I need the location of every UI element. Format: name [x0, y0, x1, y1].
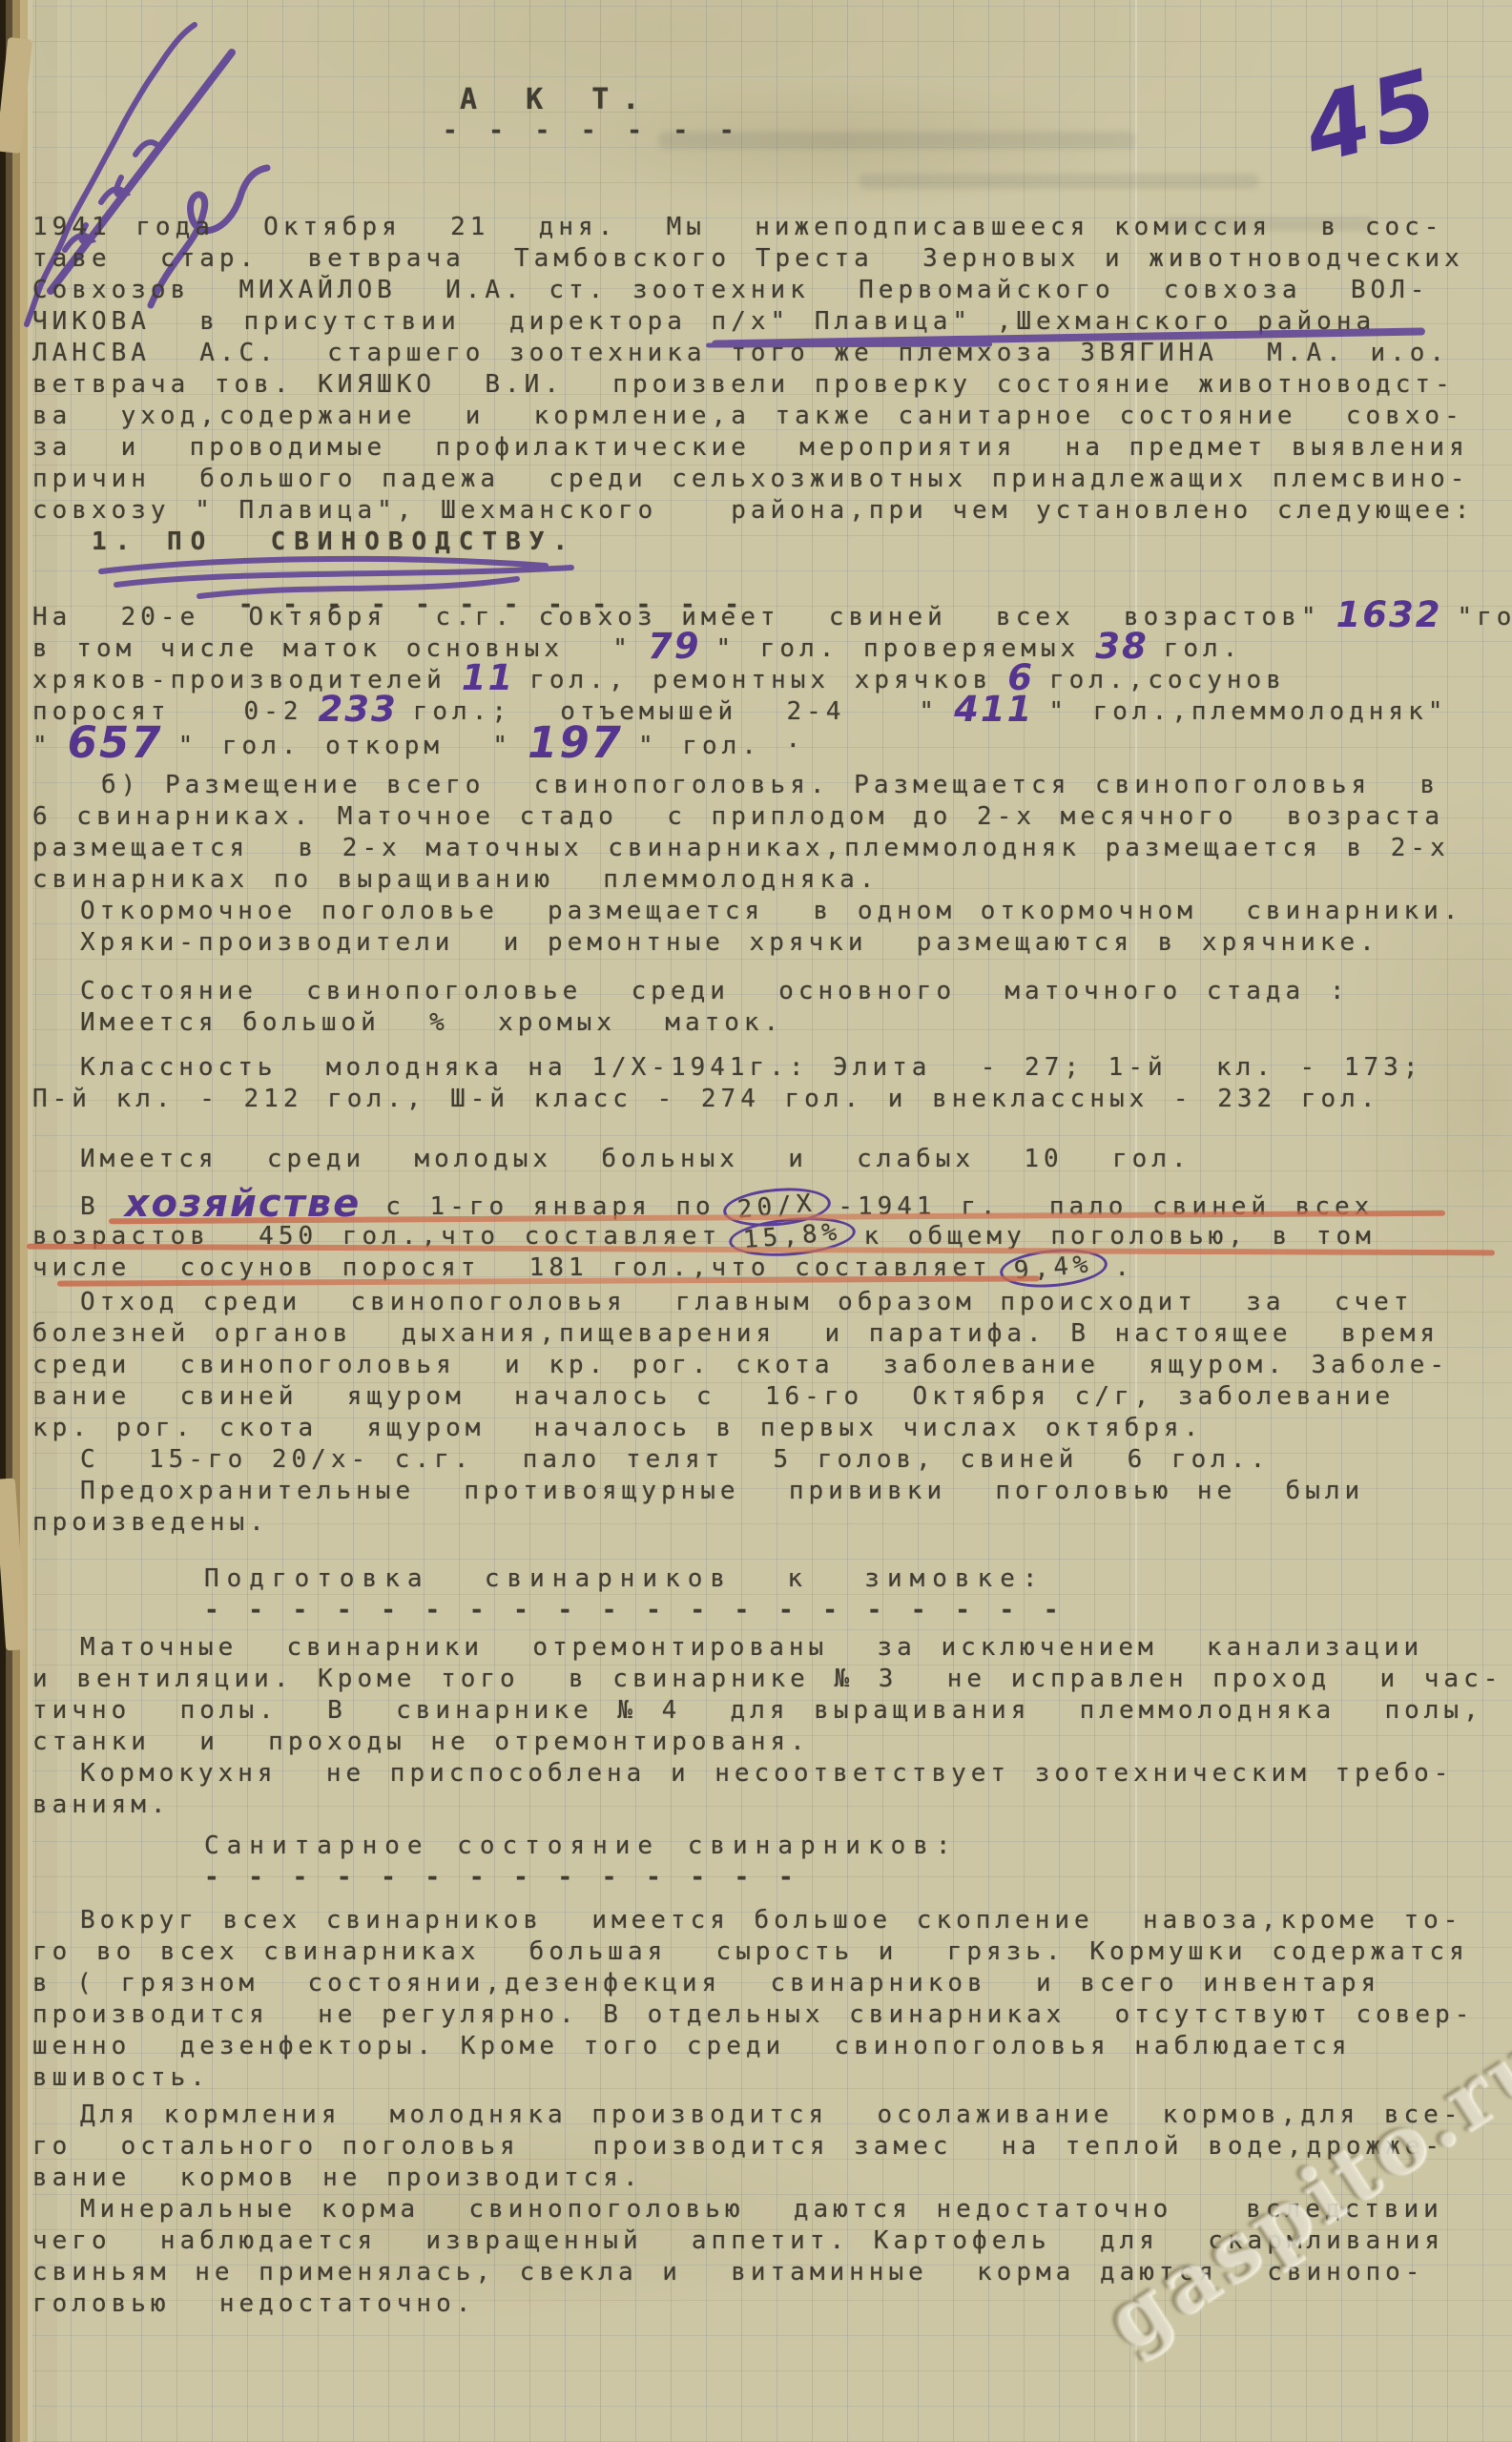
text-line: На 20-е Октября с.г. совхоз имеет свиней… [32, 597, 1512, 629]
typed-text: . [1114, 1253, 1134, 1282]
handwritten-number: 233 [319, 689, 398, 730]
text-line: С 15-го 20/х- с.г. пало телят 5 голов, с… [32, 1444, 1512, 1476]
text-line: Предохранительные противоящурные прививк… [32, 1476, 1512, 1507]
handwritten-number: 11 [462, 657, 515, 698]
typed-text: " гол.,племмолодняк" [1048, 697, 1447, 726]
handwritten-number: 38 [1095, 626, 1149, 667]
text-line: Имеется среди молодых больных и слабых 1… [32, 1144, 1512, 1175]
section-underline: - - - - - - - - - - - - [32, 558, 1512, 590]
typed-text: " гол. · [638, 732, 805, 760]
text-line: свинарниках по выращиванию племмолодняка… [32, 864, 1512, 896]
sick-animals-line: Имеется среди молодых больных и слабых 1… [32, 1144, 1512, 1175]
text-line: б) Размещение всего свинопоголовья. Разм… [32, 770, 1512, 801]
typed-text: гол.; отъемышей 2-4 " [413, 697, 939, 726]
typed-text: с 1-го января по [385, 1192, 715, 1221]
section-winterizing: Подготовка свинарников к зимовке: - - - … [32, 1563, 1512, 1626]
text-line: среди свинопоголовья и кр. рог. скота за… [32, 1350, 1512, 1381]
text-line: произведены. [32, 1507, 1512, 1539]
text-line: ва уход,содержание и кормление,а также с… [32, 401, 1512, 432]
repairs-paragraph: Маточные свинарники отремонтированы за и… [32, 1632, 1512, 1821]
intro-paragraph: 1941 года Октября 21 дня. Мы нижеподписа… [32, 212, 1512, 527]
text-line: станки и проходы не отремонтированя. [32, 1727, 1512, 1758]
section-underline: - - - - - - - - - - - - - - - - - - - - [32, 1595, 1512, 1626]
text-line: кр. рог. скота ящуром началось в первых … [32, 1413, 1512, 1444]
text-line: в ( грязном состоянии,дезенфекция свинар… [32, 1968, 1512, 1999]
text-line: за и проводимые профилактические меропри… [32, 432, 1512, 464]
text-line: в том числе маток основных "79" гол. про… [32, 629, 1512, 660]
text-line: производится не регулярно. В отдельных с… [32, 1999, 1512, 2031]
text-line: Вокруг всех свинарников имеется большое … [32, 1905, 1512, 1936]
typed-text: гол.,сосунов [1049, 666, 1286, 694]
typed-text: "гол. [1458, 603, 1512, 631]
text-line: вшивость. [32, 2062, 1512, 2094]
typed-text: возрастов 450 гол.,что составляет [32, 1222, 721, 1251]
livestock-count-paragraph: На 20-е Октября с.г. совхоз имеет свиней… [32, 597, 1512, 755]
typed-text: -1941 г. пало свиней всех [838, 1192, 1374, 1221]
text-line: ваниям. [32, 1790, 1512, 1821]
text-line: болезней органов дыхания,пищеварения и п… [32, 1318, 1512, 1350]
text-line: Классность молодняка на 1/X-1941г.: Элит… [32, 1052, 1512, 1084]
handwritten-word: хозяйстве [125, 1182, 362, 1226]
scanned-document-page: 45 А К Т. - - - - - - - 1941 года Октябр… [0, 0, 1512, 2442]
text-line: Откормочное поголовье размещается в одно… [32, 896, 1512, 927]
typed-text: гол., ремонтных хрячков [529, 666, 992, 694]
mortality-paragraph: Вхозяйствес 1-го января по20/X-1941 г. п… [32, 1187, 1512, 1281]
handwritten-number: 411 [954, 689, 1033, 730]
text-line: поросят 0-2233гол.; отъемышей 2-4 "411" … [32, 692, 1512, 723]
text-line: тично полы. В свинарнике № 4 для выращив… [32, 1695, 1512, 1727]
text-line: Отход среди свинопоголовья главным образ… [32, 1287, 1512, 1318]
section-heading-sanitary: Санитарное состояние свинарников: [32, 1831, 1512, 1862]
disease-paragraph: Отход среди свинопоголовья главным образ… [32, 1287, 1512, 1539]
text-line: головью недостаточно. [32, 2288, 1512, 2320]
document-content: А К Т. - - - - - - - 1941 года Октября 2… [0, 0, 1512, 2320]
section-sanitary: Санитарное состояние свинарников: - - - … [32, 1831, 1512, 1894]
text-line: и вентиляции. Кроме того в свинарнике № … [32, 1664, 1512, 1695]
text-line: Хряки-производители и ремонтные хрячки р… [32, 927, 1512, 959]
text-line: вание свиней ящуром началось с 16-го Окт… [32, 1381, 1512, 1413]
typed-text: " [32, 732, 52, 760]
text-line: Для кормления молодняка производится осо… [32, 2100, 1512, 2131]
typed-text: к общему поголовью, в том [864, 1222, 1376, 1251]
text-line: шенно дезенфекторы. Кроме того среди сви… [32, 2031, 1512, 2062]
herd-condition-paragraph: Состояние свинопоголовье среди основного… [32, 976, 1512, 1039]
typed-text: числе сосунов поросят 181 гол.,что соста… [32, 1253, 992, 1282]
young-stock-classing-paragraph: Классность молодняка на 1/X-1941г.: Элит… [32, 1052, 1512, 1115]
text-line: совхозу " Плавица", Шехманского района,п… [32, 495, 1512, 527]
text-line: причин большого падежа среди сельхозживо… [32, 464, 1512, 495]
text-line: хряков-производителей11гол., ремонтных х… [32, 660, 1512, 692]
text-line: размещается в 2-х маточных свинарниках,п… [32, 833, 1512, 864]
section-heading-winterizing: Подготовка свинарников к зимовке: [32, 1563, 1512, 1595]
text-line: Вхозяйствес 1-го января по20/X-1941 г. п… [32, 1187, 1512, 1218]
text-line: 6 свинарниках. Маточное стадо с приплодо… [32, 801, 1512, 833]
text-line: Маточные свинарники отремонтированы за и… [32, 1632, 1512, 1664]
text-line: Состояние свинопоголовье среди основного… [32, 976, 1512, 1007]
typed-text: в том числе маток основных " [32, 634, 632, 663]
typed-text: гол. [1164, 634, 1243, 663]
section-underline: - - - - - - - - - - - - - - [32, 1862, 1512, 1894]
handwritten-number: 197 [528, 717, 623, 768]
title-underline: - - - - - - - [443, 115, 1512, 147]
text-line: го во всех свинарниках большая сырость и… [32, 1936, 1512, 1968]
housing-paragraph: б) Размещение всего свинопоголовья. Разм… [32, 770, 1512, 959]
pen-circled-value: 9,4% [998, 1245, 1108, 1292]
typed-text: " гол. откорм " [178, 732, 512, 760]
document-title: А К Т. [460, 84, 1512, 115]
section-heading-pig-breeding: 1. ПО СВИНОВОДСТВУ. [32, 527, 1512, 558]
text-line: "657" гол. откорм "197" гол. · [32, 723, 1512, 755]
text-line: таве стар. ветврача Тамбовского Треста З… [32, 243, 1512, 275]
handwritten-number: 79 [648, 626, 701, 667]
typed-text: В [80, 1192, 100, 1221]
text-line: Имеется большой % хромых маток. [32, 1007, 1512, 1039]
handwritten-number: 657 [68, 717, 163, 768]
text-line: 1941 года Октября 21 дня. Мы нижеподписа… [32, 212, 1512, 243]
text-line: Совхозов МИХАЙЛОВ И.А. ст. зоотехник Пер… [32, 275, 1512, 306]
text-line: ветврача тов. КИЯШКО В.И. произвели пров… [32, 369, 1512, 401]
text-line: П-й кл. - 212 гол., Ш-й класс - 274 гол.… [32, 1084, 1512, 1115]
handwritten-number: 1632 [1336, 594, 1442, 635]
text-line: Кормокухня не приспособлена и несоответс… [32, 1758, 1512, 1790]
sanitary-paragraph: Вокруг всех свинарников имеется большое … [32, 1905, 1512, 2094]
